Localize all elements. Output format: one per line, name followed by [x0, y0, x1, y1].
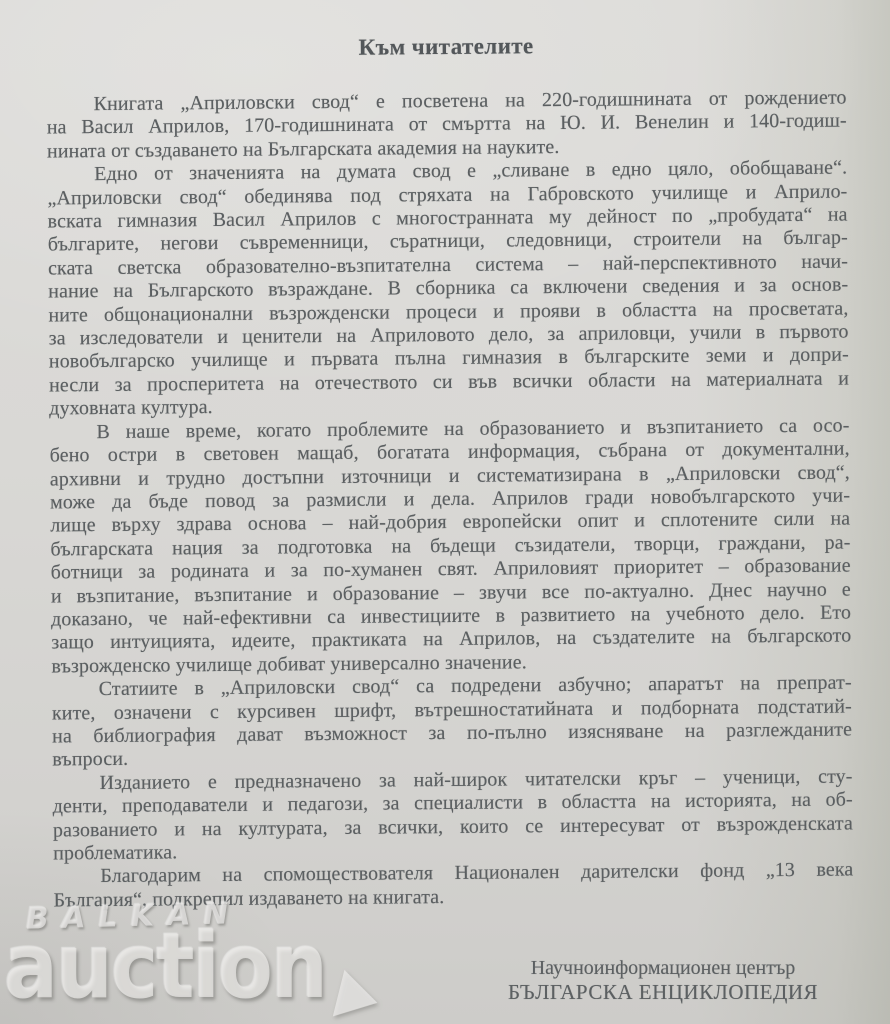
paragraph: Книгата „Априловски свод“ е посветена на… [47, 87, 848, 164]
paragraph: Едно от значенията на думата свод е „сли… [47, 157, 849, 421]
signature-encyclopedia-name: БЪЛГАРСКА ЕНЦИКЛОПЕДИЯ [508, 980, 818, 1005]
paragraph: В наше време, когато проблемите на образ… [49, 414, 851, 678]
watermark-auction-text: auction [4, 914, 326, 1018]
paragraph: Статиите в „Априловски свод“ са подреден… [52, 672, 853, 773]
page-title: Към читателите [46, 31, 846, 64]
paragraph: Благодарим на спомоществователя Национал… [53, 859, 853, 913]
body-text: Книгата „Априловски свод“ е посветена на… [47, 87, 854, 913]
book-page-photo: Към читателите Книгата „Априловски свод“… [0, 0, 890, 1024]
play-triangle-icon [333, 970, 383, 1024]
paragraph: Изданието е предназначено за най-широк ч… [52, 765, 853, 866]
signature-center-name: Научноинформационен център [508, 956, 818, 980]
signature-block: Научноинформационен център БЪЛГАРСКА ЕНЦ… [508, 956, 818, 1005]
page-text-block: Към читателите Книгата „Априловски свод“… [46, 31, 854, 913]
